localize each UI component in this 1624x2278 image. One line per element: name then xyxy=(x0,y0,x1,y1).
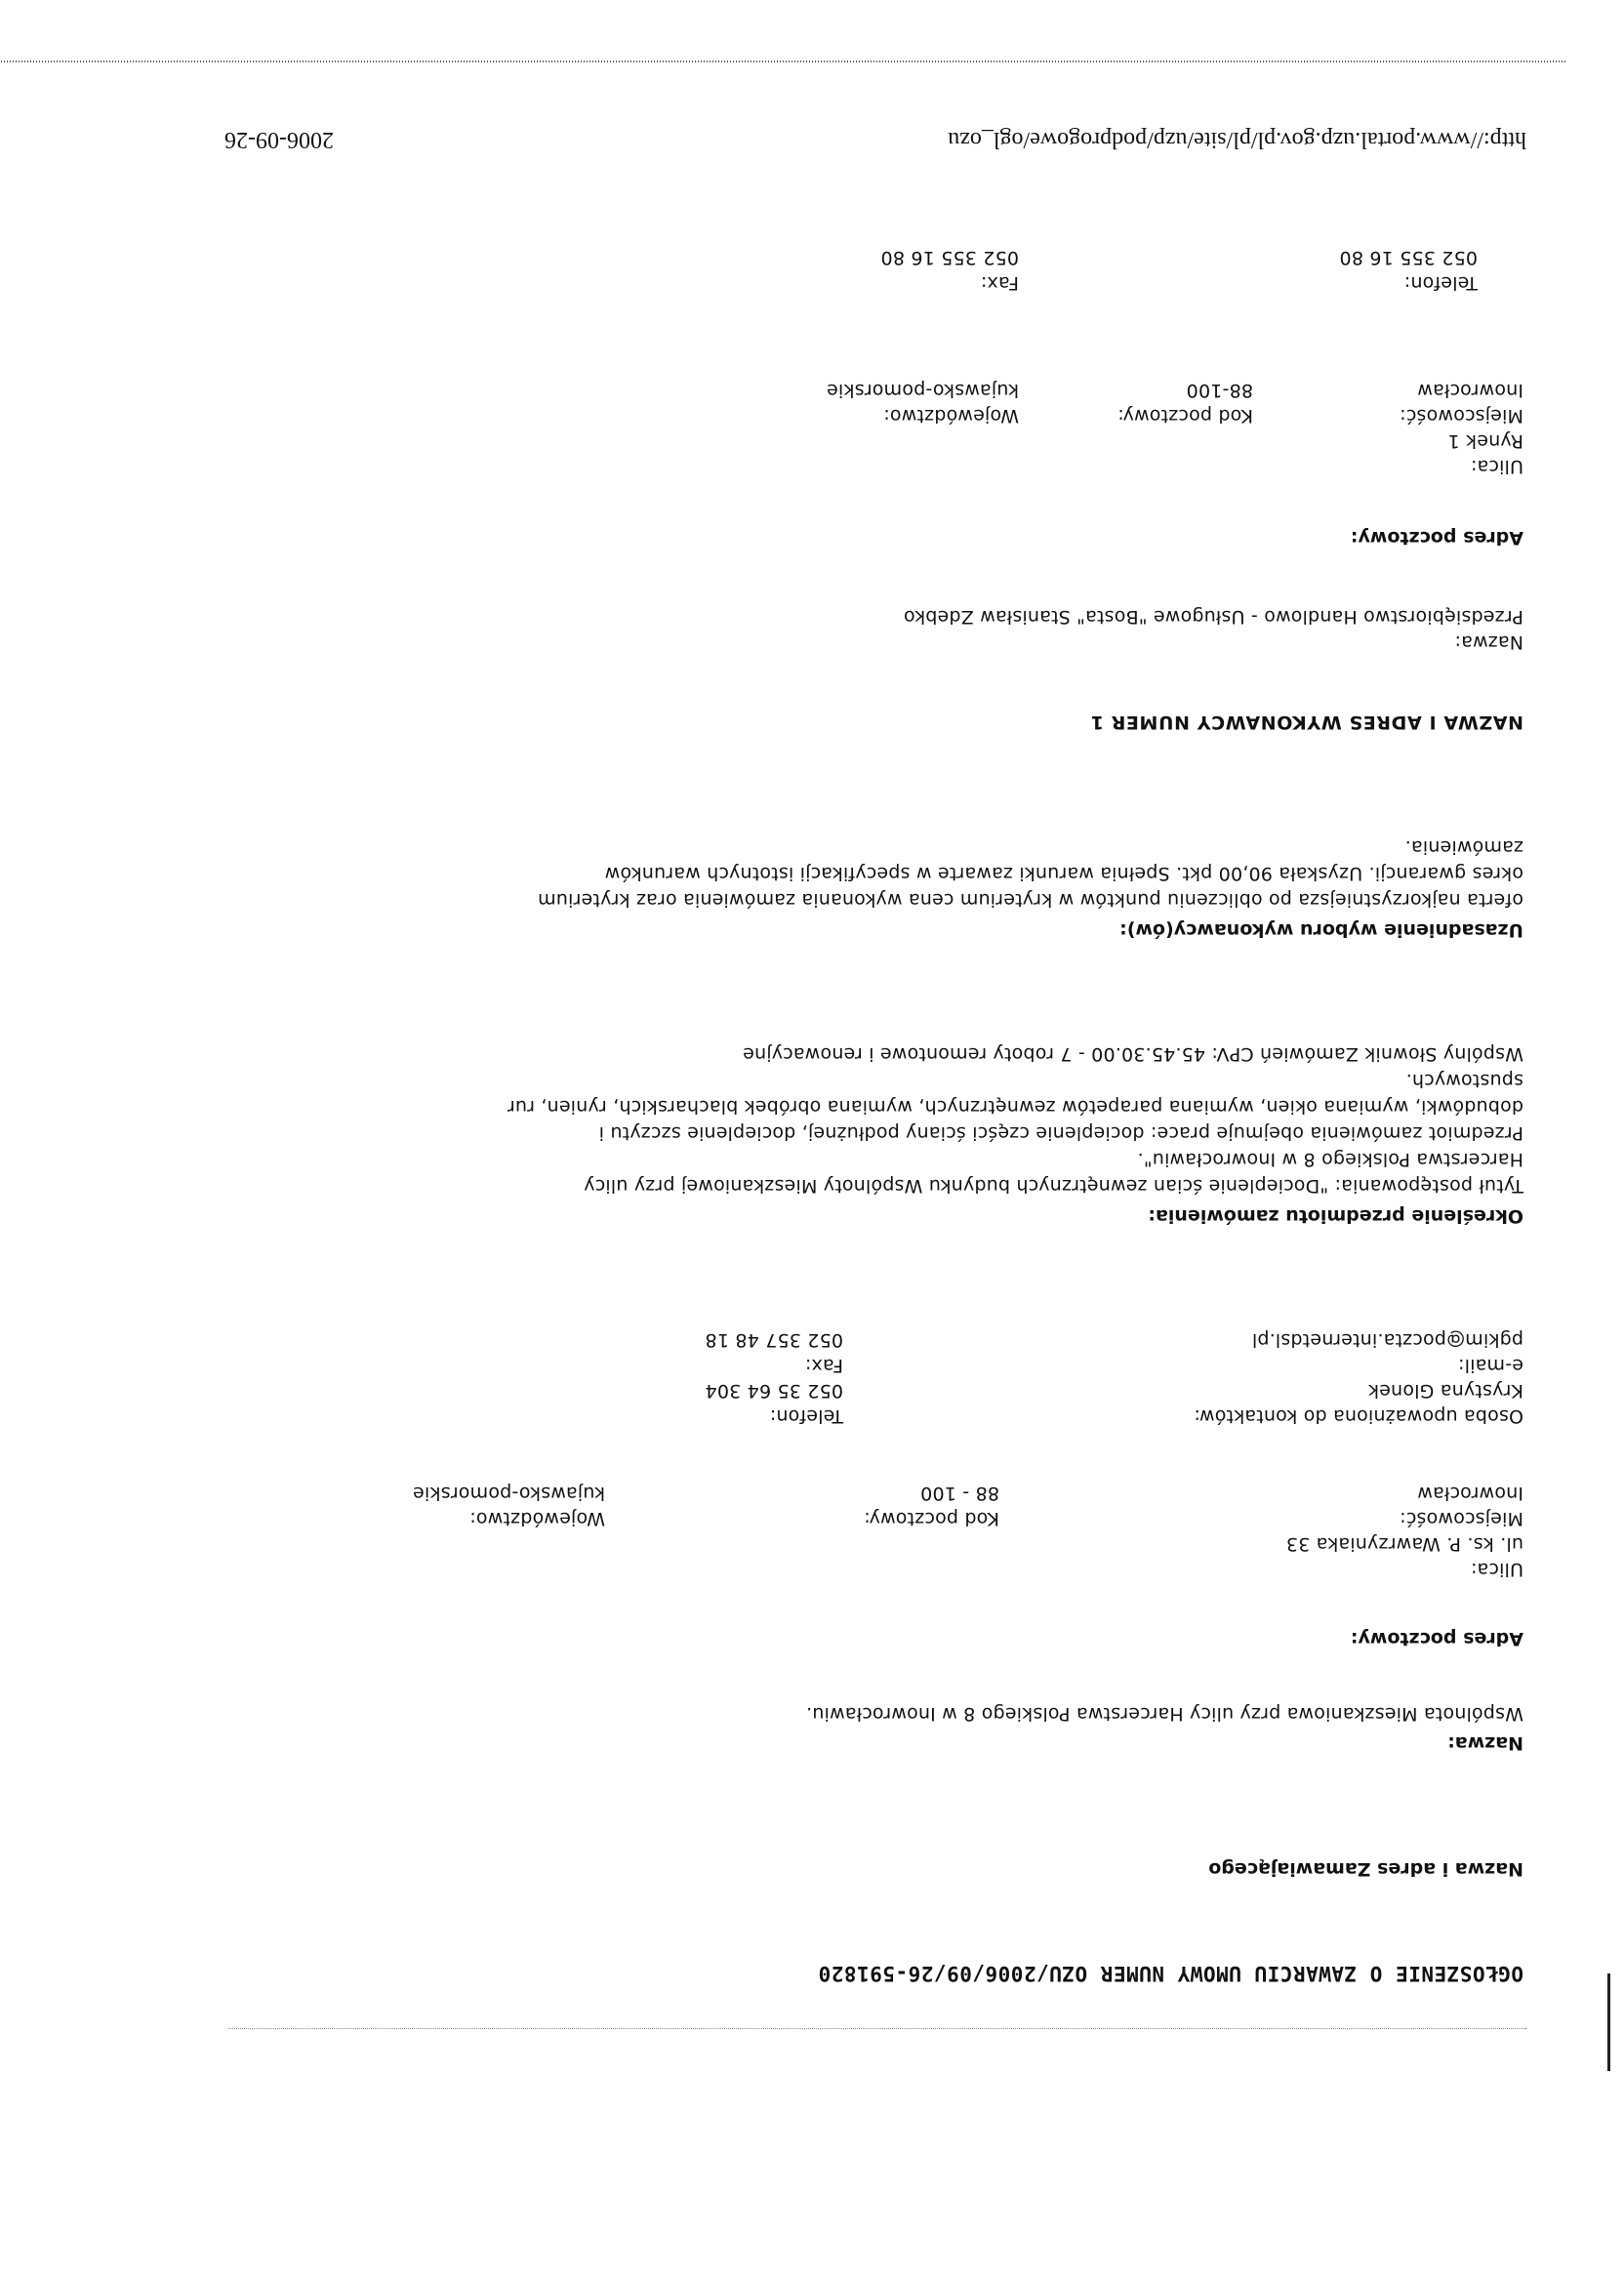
telefon: 052 35 64 304 xyxy=(705,1377,843,1403)
zamawiajacy-adres-heading: Adres pocztowy: xyxy=(1351,1628,1523,1649)
wykonawca-kod: 88-100 xyxy=(1187,377,1254,403)
przedmiot-heading: Określenie przedmiotu zamówienia: xyxy=(1148,1205,1523,1227)
przedmiot-line: Harcerstwa Polskiego 8 w Inowrocławiu". xyxy=(206,1146,1523,1172)
zamawiajacy-woj: kujawsko-pomorskie xyxy=(413,1480,605,1506)
email-label: e-mail: xyxy=(1458,1352,1523,1378)
wykonawca-telefon: 052 355 16 80 xyxy=(1339,244,1478,270)
wykonawca-adres-heading: Adres pocztowy: xyxy=(1351,527,1523,549)
wykonawca-miejscowosc-label: Miejscowość: xyxy=(1400,402,1523,428)
scanned-page: OGŁOSZENIE O ZAWARCIU UMOWY NUMER OZU/20… xyxy=(0,0,1624,2278)
uzasadnienie-line: okres gwarancji. Uzyskała 90,00 pkt. Spe… xyxy=(206,860,1523,886)
fax-label: Fax: xyxy=(805,1352,843,1378)
wykonawca-woj: kujawsko-pomorskie xyxy=(827,377,1019,403)
zamawiajacy-nazwa-label: Nazwa: xyxy=(1447,1732,1523,1754)
wykonawca-nazwa: Przedsiębiorstwo Handlowo - Usługowe "Bo… xyxy=(904,603,1523,630)
uzasadnienie-line: zamówienia. xyxy=(206,834,1523,860)
zamawiajacy-woj-label: Województwo: xyxy=(469,1505,605,1531)
scan-edge-line xyxy=(0,61,1565,62)
zamawiajacy-ulica: ul. ks. P. Wawrzyniaka 33 xyxy=(1286,1530,1523,1557)
wykonawca-ulica: Rynek 1 xyxy=(1447,427,1523,454)
zamawiajacy-heading: Nazwa i adres Zamawiającego xyxy=(1208,1858,1523,1880)
osoba: Krystyna Glonek xyxy=(1368,1377,1523,1403)
uzasadnienie-line: oferta najkorzystniejsza po obliczeniu p… xyxy=(206,886,1523,913)
fax: 052 357 48 18 xyxy=(705,1326,843,1353)
zamawiajacy-nazwa: Wspólnota Mieszkaniowa przy ulicy Harcer… xyxy=(806,1700,1523,1727)
przedmiot-line: Tytuł postępowania: "Docieplenie ścian z… xyxy=(206,1172,1523,1199)
przedmiot-line: Przedmiot zamówienia obejmuje prace: doc… xyxy=(206,1119,1523,1146)
przedmiot-line: spustowych. xyxy=(206,1067,1523,1093)
przedmiot-line: dobudówki, wymiana okien, wymiana parape… xyxy=(206,1093,1523,1119)
wykonawca-woj-label: Województwo: xyxy=(883,402,1019,428)
wykonawca-telefon-label: Telefon: xyxy=(1404,269,1478,296)
source-url: http://www.portal.uzp.gov.pl/pl/site/uzp… xyxy=(948,126,1526,152)
wykonawca-fax-label: Fax: xyxy=(981,269,1019,296)
uzasadnienie-text: oferta najkorzystniejsza po obliczeniu p… xyxy=(206,834,1523,913)
zamawiajacy-kod: 88 - 100 xyxy=(920,1480,999,1506)
wykonawca-miejscowosc: Inowrocław xyxy=(1417,377,1523,403)
osoba-label: Osoba upoważniona do kontaktów: xyxy=(1194,1403,1523,1429)
telefon-label: Telefon: xyxy=(770,1403,843,1429)
wykonawca-heading: NAZWA I ADRES WYKONAWCY NUMER 1 xyxy=(1090,712,1523,733)
zamawiajacy-kod-label: Kod pocztowy: xyxy=(864,1505,999,1531)
print-date: 2006-09-26 xyxy=(224,126,334,152)
top-divider xyxy=(228,2028,1526,2029)
zamawiajacy-miejscowosc: Inowrocław xyxy=(1417,1480,1523,1506)
margin-mark xyxy=(1607,1973,1610,2071)
email: pgkim@poczta.internetdsl.pl xyxy=(1252,1326,1523,1353)
wykonawca-fax: 052 355 16 80 xyxy=(880,244,1019,270)
wykonawca-nazwa-label: Nazwa: xyxy=(1454,629,1523,655)
zamawiajacy-miejscowosc-label: Miejscowość: xyxy=(1400,1505,1523,1531)
wykonawca-kod-label: Kod pocztowy: xyxy=(1117,402,1253,428)
zamawiajacy-ulica-label: Ulica: xyxy=(1471,1556,1523,1582)
wykonawca-ulica-label: Ulica: xyxy=(1471,453,1523,479)
uzasadnienie-heading: Uzasadnienie wyboru wykonawcy(ów): xyxy=(1119,919,1523,941)
document-title: OGŁOSZENIE O ZAWARCIU UMOWY NUMER OZU/20… xyxy=(818,1962,1523,1985)
przedmiot-text: Tytuł postępowania: "Docieplenie ścian z… xyxy=(206,1040,1523,1199)
przedmiot-line: Wspólny Słownik Zamówień CPV: 45.45.30.0… xyxy=(206,1040,1523,1067)
